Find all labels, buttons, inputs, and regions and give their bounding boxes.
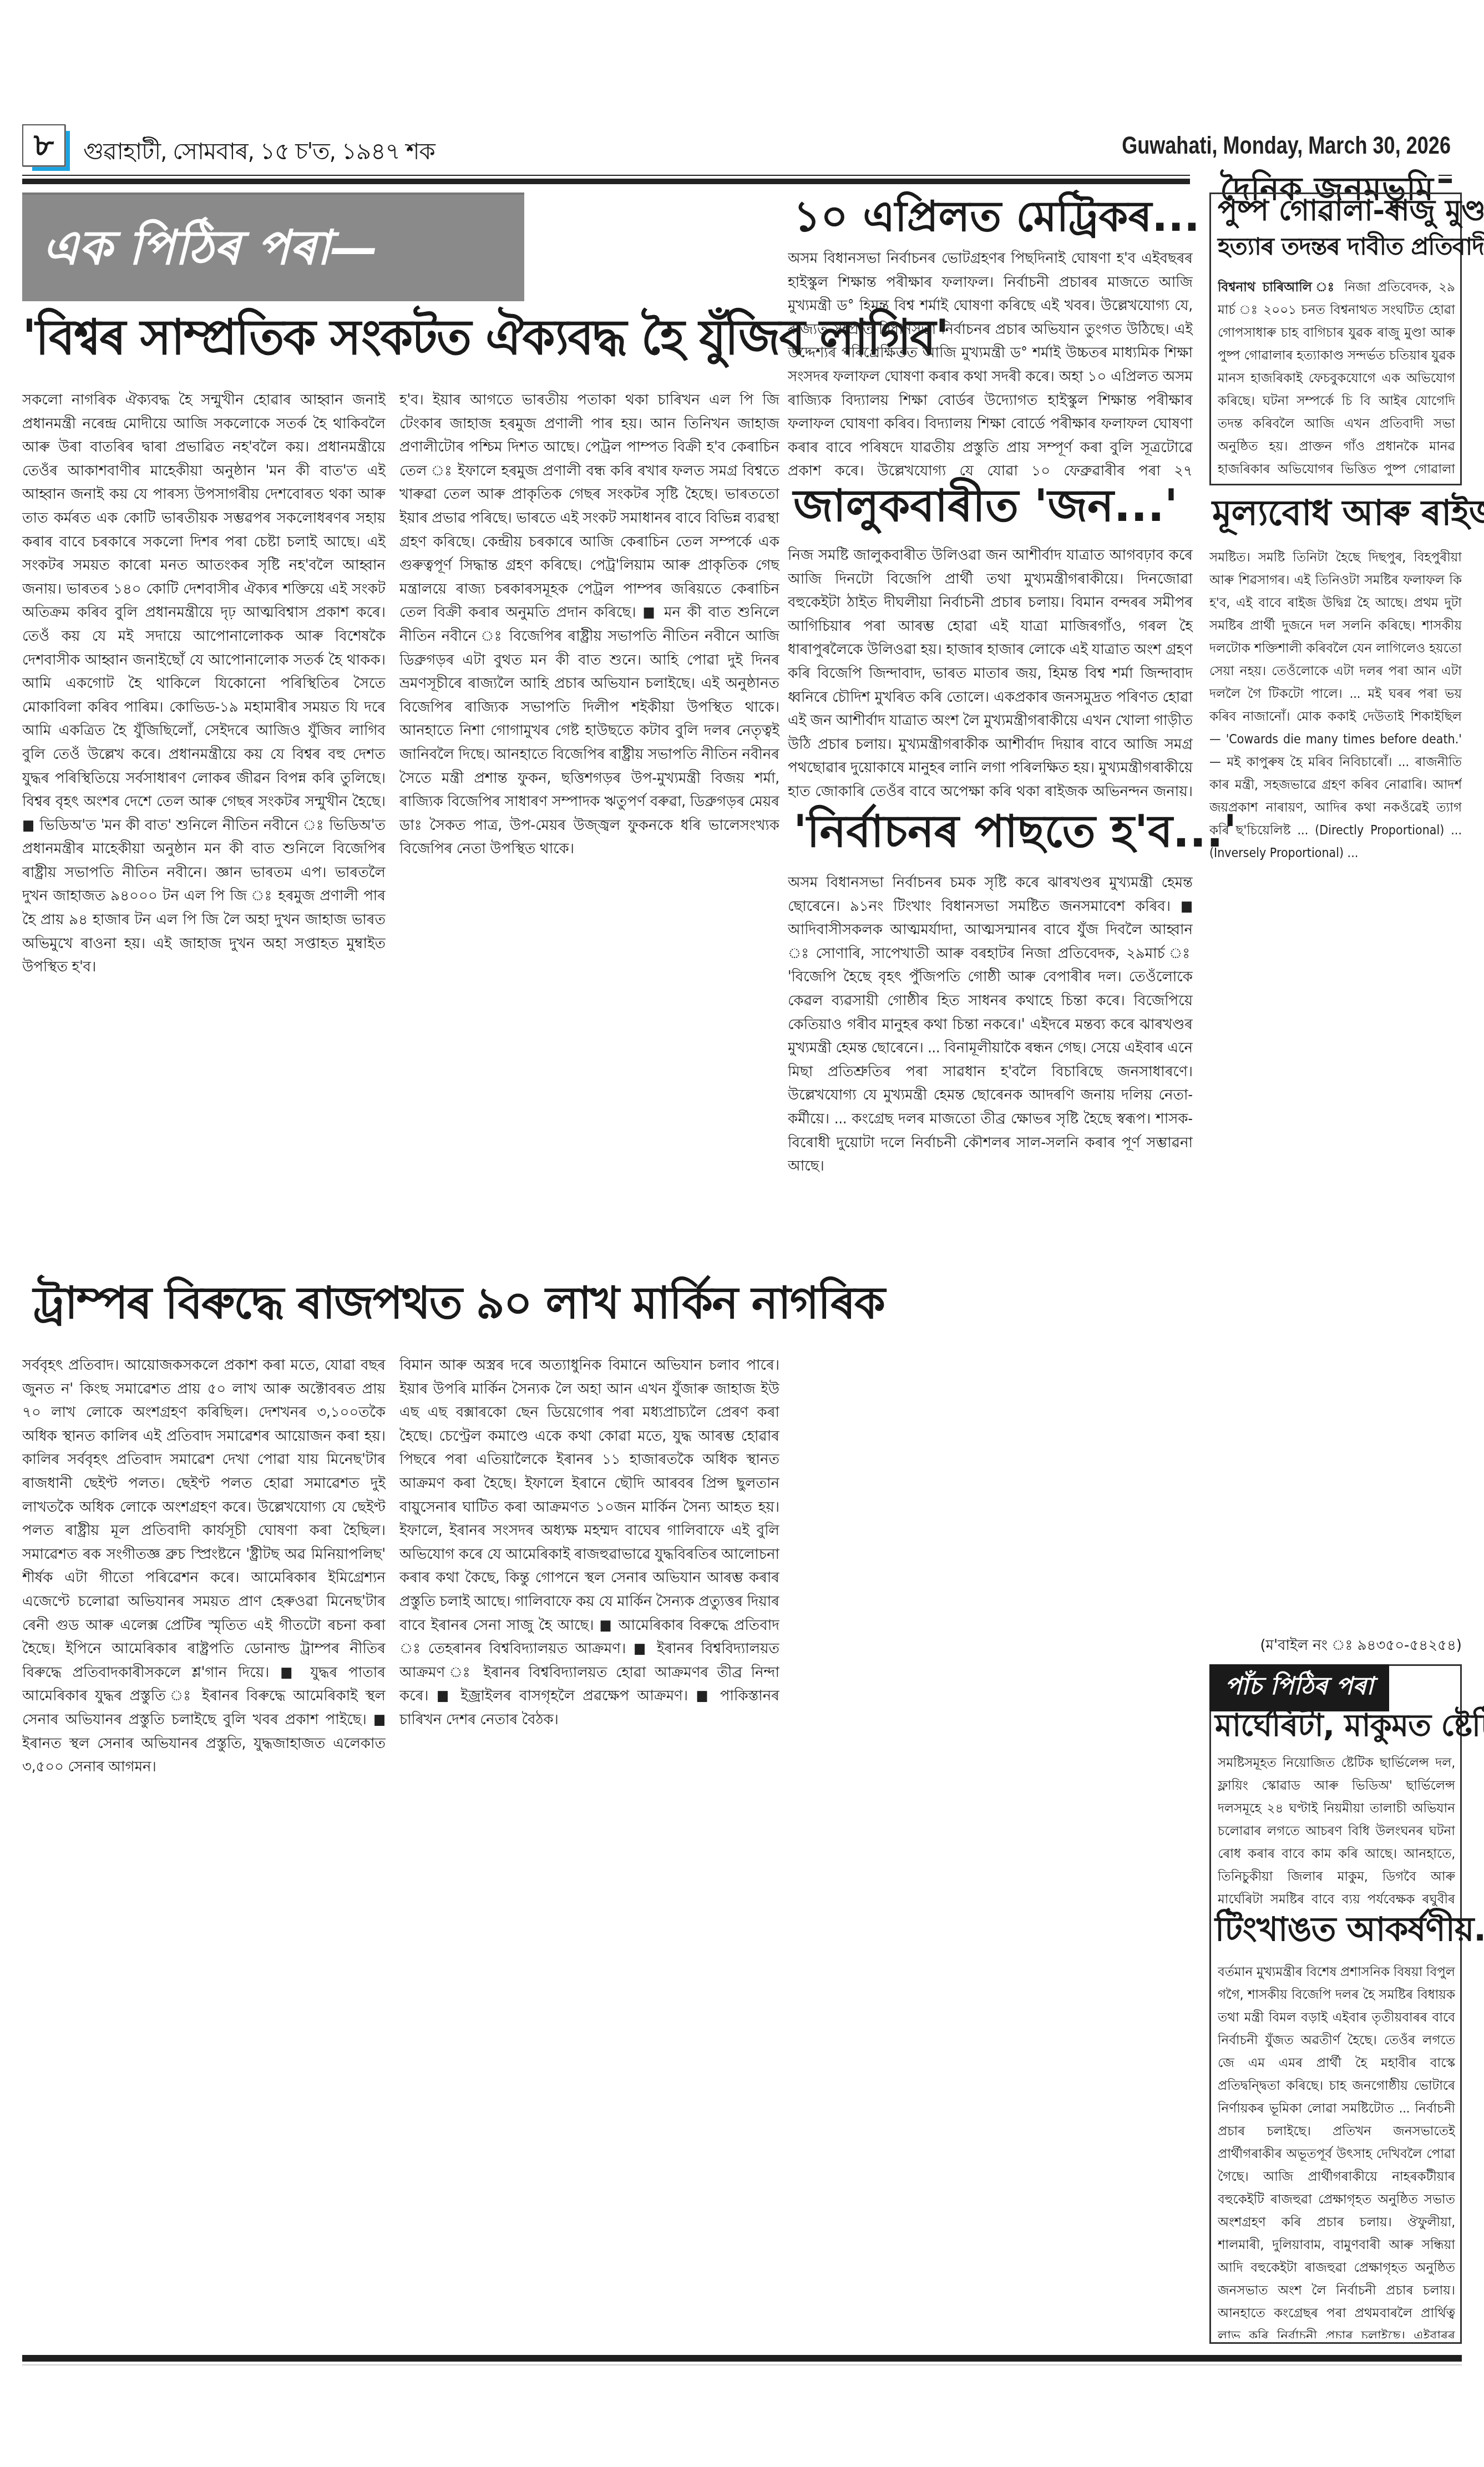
tingkhong-headline: টিংখাঙত আকৰ্ষণীয়... xyxy=(1215,1911,1484,1948)
boxed-story-text: নিজা প্ৰতিবেদক, ২৯ মাৰ্চ ঃ ২০০১ চনত বিশ্… xyxy=(1218,280,1455,483)
trump-headline: ট্ৰাম্পৰ বিৰুদ্ধে ৰাজপথত ৯০ লাখ মাৰ্কিন … xyxy=(33,1279,884,1328)
election-article: অসম বিধানসভা নিৰ্বাচনৰ চমক সৃষ্টি কৰে ঝা… xyxy=(788,871,1193,2347)
boxed-story-headline-line2: হত্যাৰ তদন্তৰ দাবীত প্ৰতিবাদী সভা xyxy=(1218,234,1484,260)
masthead-rule-end-thin xyxy=(1439,175,1452,176)
section-banner: এক পিঠিৰ পৰা— xyxy=(22,193,524,301)
margherita-headline: মাৰ্ঘেৰিটা, মাকুমত ষ্টেটিক... xyxy=(1215,1709,1484,1743)
footer-rule-thin xyxy=(22,2364,1462,2365)
values-headline: মূল্যবোধ আৰু ৰাইজৰ... xyxy=(1212,494,1484,533)
lead-article-col1: সকলো নাগৰিক ঐক্যবদ্ধ হৈ সন্মুখীন হোৱাৰ আ… xyxy=(22,388,386,1259)
tingkhong-article: বৰ্তমান মুখ্যমন্ত্ৰীৰ বিশেষ প্ৰশাসনিক বি… xyxy=(1218,1961,1455,2338)
footer-rule xyxy=(22,2355,1462,2362)
jalukbari-headline: জালুকবাৰীত 'জন...' xyxy=(793,482,1178,530)
boxed-story-headline-line1: পুষ্প গোৱালা-ৰাজু মুণ্ডাৰ xyxy=(1218,195,1484,227)
page-number: ৮ xyxy=(22,124,65,166)
header-rule-thin xyxy=(22,175,1190,176)
jalukbari-article: নিজ সমষ্টি জালুকবাৰীত উলিওৱা জন আশীৰ্বাদ… xyxy=(788,544,1193,804)
boxed-story-dateline: বিশ্বনাথ চাৰিআলি ঃ xyxy=(1218,280,1338,295)
trump-article-col1: সৰ্ববৃহৎ প্ৰতিবাদ। আয়োজকসকলে প্ৰকাশ কৰা… xyxy=(22,1354,386,2347)
lead-headline: 'বিশ্বৰ সাম্প্ৰতিক সংকটত ঐক্যবদ্ধ হৈ যুঁ… xyxy=(22,311,752,364)
date-english: Guwahati, Monday, March 30, 2026 xyxy=(1122,132,1451,160)
continued-from-page5-label: পাঁচ পিঠিৰ পৰা xyxy=(1209,1664,1389,1711)
trump-article-col2: বিমান আৰু অস্ত্ৰৰ দৰে অত্যাধুনিক বিমানে … xyxy=(399,1354,779,2347)
matric-headline: ১০ এপ্ৰিলত মেট্ৰিকৰ... xyxy=(793,193,1200,240)
boxed-story-body: বিশ্বনাথ চাৰিআলি ঃ নিজা প্ৰতিবেদক, ২৯ মা… xyxy=(1218,276,1455,483)
election-headline: 'নিৰ্বাচনৰ পাছতে হ'ব...' xyxy=(793,807,1237,856)
values-article: সমষ্টিত। সমষ্টি তিনিটা হৈছে দিছপুৰ, বিহপ… xyxy=(1209,546,1462,1625)
margherita-article: সমষ্টিসমূহত নিয়োজিত ষ্টেটিক ছাৰ্ভিলেন্স… xyxy=(1218,1752,1455,1913)
date-assamese: গুৱাহাটী, সোমবাৰ, ১৫ চ'ত, ১৯৪৭ শক xyxy=(83,133,435,173)
header-rule-thick xyxy=(22,179,1190,184)
author-contact: (ম'বাইল নং ঃ ৯৪৩৫০-৫৪২৫৪) xyxy=(1209,1634,1462,1658)
matric-article: অসম বিধানসভা নিৰ্বাচনৰ ভোটগ্ৰহণৰ পিছদিনা… xyxy=(788,247,1193,483)
section-label: এক পিঠিৰ পৰা— xyxy=(42,211,378,291)
lead-article-col2: হ'ব। ইয়াৰ আগতে ভাৰতীয় পতাকা থকা চাৰিখন… xyxy=(399,388,779,1259)
masthead-rule-end xyxy=(1439,179,1452,183)
